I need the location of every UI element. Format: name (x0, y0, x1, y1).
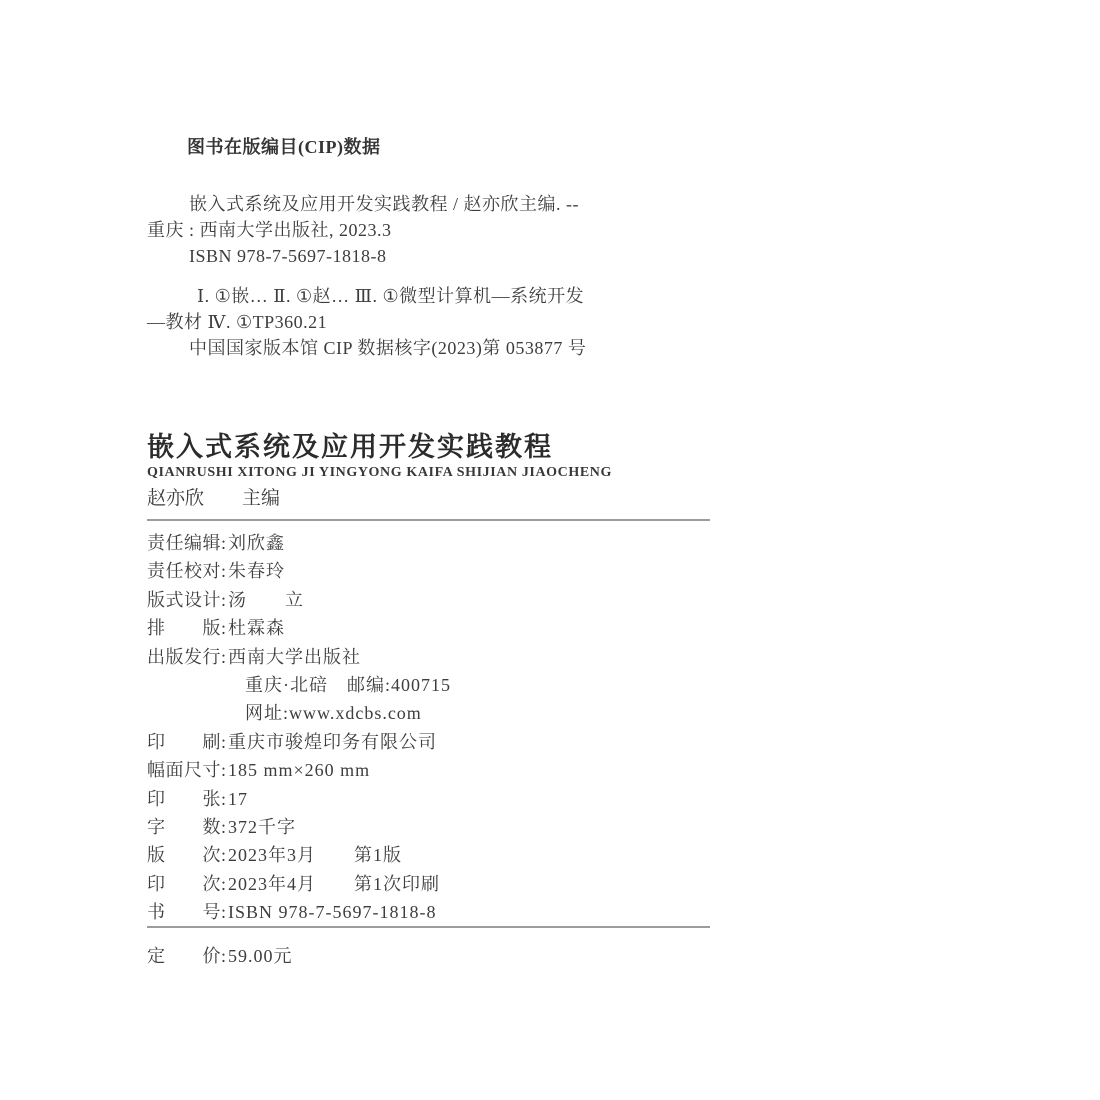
pub-row-value: 17 (228, 789, 248, 809)
pub-row-label: 字 数: (147, 813, 228, 841)
divider-rule-top (147, 519, 710, 521)
cip-bib-line1: 嵌入式系统及应用开发实践教程 / 赵亦欣主编. -- (147, 191, 710, 217)
pub-row-value: 杜霖森 (228, 618, 285, 638)
cip-isbn: ISBN 978-7-5697-1818-8 (147, 243, 710, 269)
pub-row: 幅面尺寸:185 mm×260 mm (147, 756, 710, 784)
pub-row-label: 印 次: (147, 870, 228, 898)
cip-bibliography: 嵌入式系统及应用开发实践教程 / 赵亦欣主编. -- 重庆 : 西南大学出版社,… (147, 191, 710, 269)
pub-row-value: 重庆·北碚 邮编:400715 (228, 675, 451, 695)
pub-row-value: 网址:www.xdcbs.com (228, 703, 422, 723)
pub-row: 书 号:ISBN 978-7-5697-1818-8 (147, 898, 710, 926)
pub-row: 印 次:2023年4月 第1次印刷 (147, 870, 710, 898)
pub-row-value: 西南大学出版社 (228, 647, 361, 667)
pub-row-label: 排 版: (147, 614, 228, 642)
price-value: 59.00元 (228, 946, 293, 966)
pub-row-value: ISBN 978-7-5697-1818-8 (228, 902, 437, 922)
cip-class-line1: Ⅰ. ①嵌… Ⅱ. ①赵… Ⅲ. ①微型计算机—系统开发 (147, 283, 710, 309)
pub-row-value: 朱春玲 (228, 561, 285, 581)
pub-row: 出版发行:西南大学出版社 (147, 643, 710, 671)
pub-row: 字 数:372千字 (147, 813, 710, 841)
pub-row-value: 185 mm×260 mm (228, 760, 370, 780)
pub-row-value: 2023年3月 第1版 (228, 845, 402, 865)
pub-row-label: 出版发行: (147, 643, 228, 671)
price-row: 定 价:59.00元 (147, 942, 710, 970)
pub-row: 责任编辑:刘欣鑫 (147, 529, 710, 557)
price-label: 定 价: (147, 942, 228, 970)
book-title-pinyin: QIANRUSHI XITONG JI YINGYONG KAIFA SHIJI… (147, 465, 710, 481)
pub-row: 印 刷:重庆市骏煌印务有限公司 (147, 728, 710, 756)
pub-row: 印 张:17 (147, 785, 710, 813)
pub-row: 版 次:2023年3月 第1版 (147, 841, 710, 869)
pub-row: 排 版:杜霖森 (147, 614, 710, 642)
pub-row-label: 印 刷: (147, 728, 228, 756)
cip-header: 图书在版编目(CIP)数据 (147, 137, 710, 157)
pub-row-address: 重庆·北碚 邮编:400715 (147, 671, 710, 699)
pub-row-label: 版式设计: (147, 586, 228, 614)
pub-row-label: 版 次: (147, 841, 228, 869)
pub-row-label: 书 号: (147, 898, 228, 926)
cip-registration: 中国国家版本馆 CIP 数据核字(2023)第 053877 号 (147, 335, 710, 361)
pub-row-value: 刘欣鑫 (228, 533, 285, 553)
pub-row-label: 幅面尺寸: (147, 756, 228, 784)
book-title: 嵌入式系统及应用开发实践教程 (147, 433, 710, 461)
pub-row-value: 372千字 (228, 817, 296, 837)
cip-bib-line2: 重庆 : 西南大学出版社, 2023.3 (147, 217, 710, 243)
pub-row-value: 重庆市骏煌印务有限公司 (228, 732, 437, 752)
author-name: 赵亦欣 (147, 488, 204, 509)
book-author-line: 赵亦欣主编 (147, 489, 710, 509)
author-role: 主编 (242, 488, 280, 509)
pub-row: 版式设计:汤 立 (147, 586, 710, 614)
divider-rule-bottom (147, 926, 710, 928)
publication-info: 责任编辑:刘欣鑫 责任校对:朱春玲 版式设计:汤 立 排 版:杜霖森 出版发行:… (147, 529, 710, 926)
cip-classification: Ⅰ. ①嵌… Ⅱ. ①赵… Ⅲ. ①微型计算机—系统开发 —教材 Ⅳ. ①TP3… (147, 283, 710, 335)
cip-section: 图书在版编目(CIP)数据 嵌入式系统及应用开发实践教程 / 赵亦欣主编. --… (147, 137, 710, 361)
copyright-page: 图书在版编目(CIP)数据 嵌入式系统及应用开发实践教程 / 赵亦欣主编. --… (0, 0, 1100, 1100)
pub-row-label: 印 张: (147, 785, 228, 813)
price-section: 定 价:59.00元 (147, 942, 710, 970)
pub-row-website: 网址:www.xdcbs.com (147, 699, 710, 727)
cip-class-line2: —教材 Ⅳ. ①TP360.21 (147, 309, 710, 335)
pub-row-value: 2023年4月 第1次印刷 (228, 874, 440, 894)
pub-row-value: 汤 立 (228, 590, 304, 610)
pub-row: 责任校对:朱春玲 (147, 557, 710, 585)
pub-row-label: 责任校对: (147, 557, 228, 585)
title-block: 嵌入式系统及应用开发实践教程 QIANRUSHI XITONG JI YINGY… (147, 433, 710, 509)
pub-row-label: 责任编辑: (147, 529, 228, 557)
